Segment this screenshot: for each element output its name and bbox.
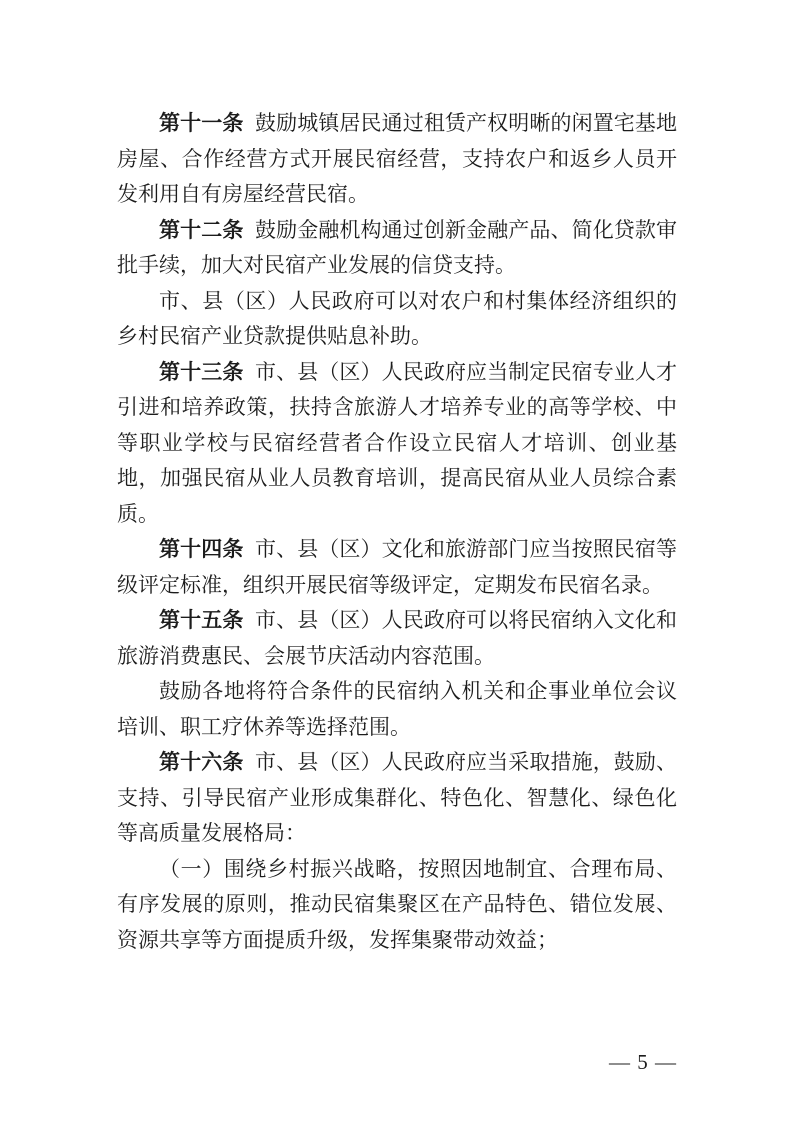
page-number: — 5 — <box>609 1050 677 1074</box>
paragraph-article-14: 第十四条市、县（区）文化和旅游部门应当按照民宿等级评定标准，组织开展民宿等级评定… <box>117 532 677 603</box>
paragraph-text: 市、县（区）人民政府可以对农户和村集体经济组织的乡村民宿产业贷款提供贴息补助。 <box>117 289 677 349</box>
article-number: 第十一条 <box>159 112 243 135</box>
article-number: 第十三条 <box>159 361 243 384</box>
document-page: 第十一条鼓励城镇居民通过租赁产权明晰的闲置宅基地房屋、合作经营方式开展民宿经营，… <box>0 0 793 1122</box>
paragraph-article-16-item-1: （一）围绕乡村振兴战略，按照因地制宜、合理布局、有序发展的原则，推动民宿集聚区在… <box>117 852 677 959</box>
paragraph-article-12: 第十二条鼓励金融机构通过创新金融产品、简化贷款审批手续，加大对民宿产业发展的信贷… <box>117 213 677 284</box>
paragraph-article-13: 第十三条市、县（区）人民政府应当制定民宿专业人才引进和培养政策，扶持含旅游人才培… <box>117 355 677 533</box>
paragraph-text: 鼓励各地将符合条件的民宿纳入机关和企事业单位会议培训、职工疗休养等选择范围。 <box>117 679 677 739</box>
document-body: 第十一条鼓励城镇居民通过租赁产权明晰的闲置宅基地房屋、合作经营方式开展民宿经营，… <box>117 106 677 958</box>
paragraph-article-15-clause-2: 鼓励各地将符合条件的民宿纳入机关和企事业单位会议培训、职工疗休养等选择范围。 <box>117 674 677 745</box>
paragraph-text: （一）围绕乡村振兴战略，按照因地制宜、合理布局、有序发展的原则，推动民宿集聚区在… <box>117 857 677 952</box>
paragraph-article-11: 第十一条鼓励城镇居民通过租赁产权明晰的闲置宅基地房屋、合作经营方式开展民宿经营，… <box>117 106 677 213</box>
article-number: 第十五条 <box>159 609 243 632</box>
article-number: 第十四条 <box>159 538 243 561</box>
paragraph-text: 市、县（区）人民政府应当制定民宿专业人才引进和培养政策，扶持含旅游人才培养专业的… <box>117 360 677 526</box>
paragraph-article-12-clause-2: 市、县（区）人民政府可以对农户和村集体经济组织的乡村民宿产业贷款提供贴息补助。 <box>117 284 677 355</box>
article-number: 第十二条 <box>159 219 243 242</box>
article-number: 第十六条 <box>159 751 243 774</box>
paragraph-article-15: 第十五条市、县（区）人民政府可以将民宿纳入文化和旅游消费惠民、会展节庆活动内容范… <box>117 603 677 674</box>
paragraph-article-16: 第十六条市、县（区）人民政府应当采取措施，鼓励、支持、引导民宿产业形成集群化、特… <box>117 745 677 852</box>
